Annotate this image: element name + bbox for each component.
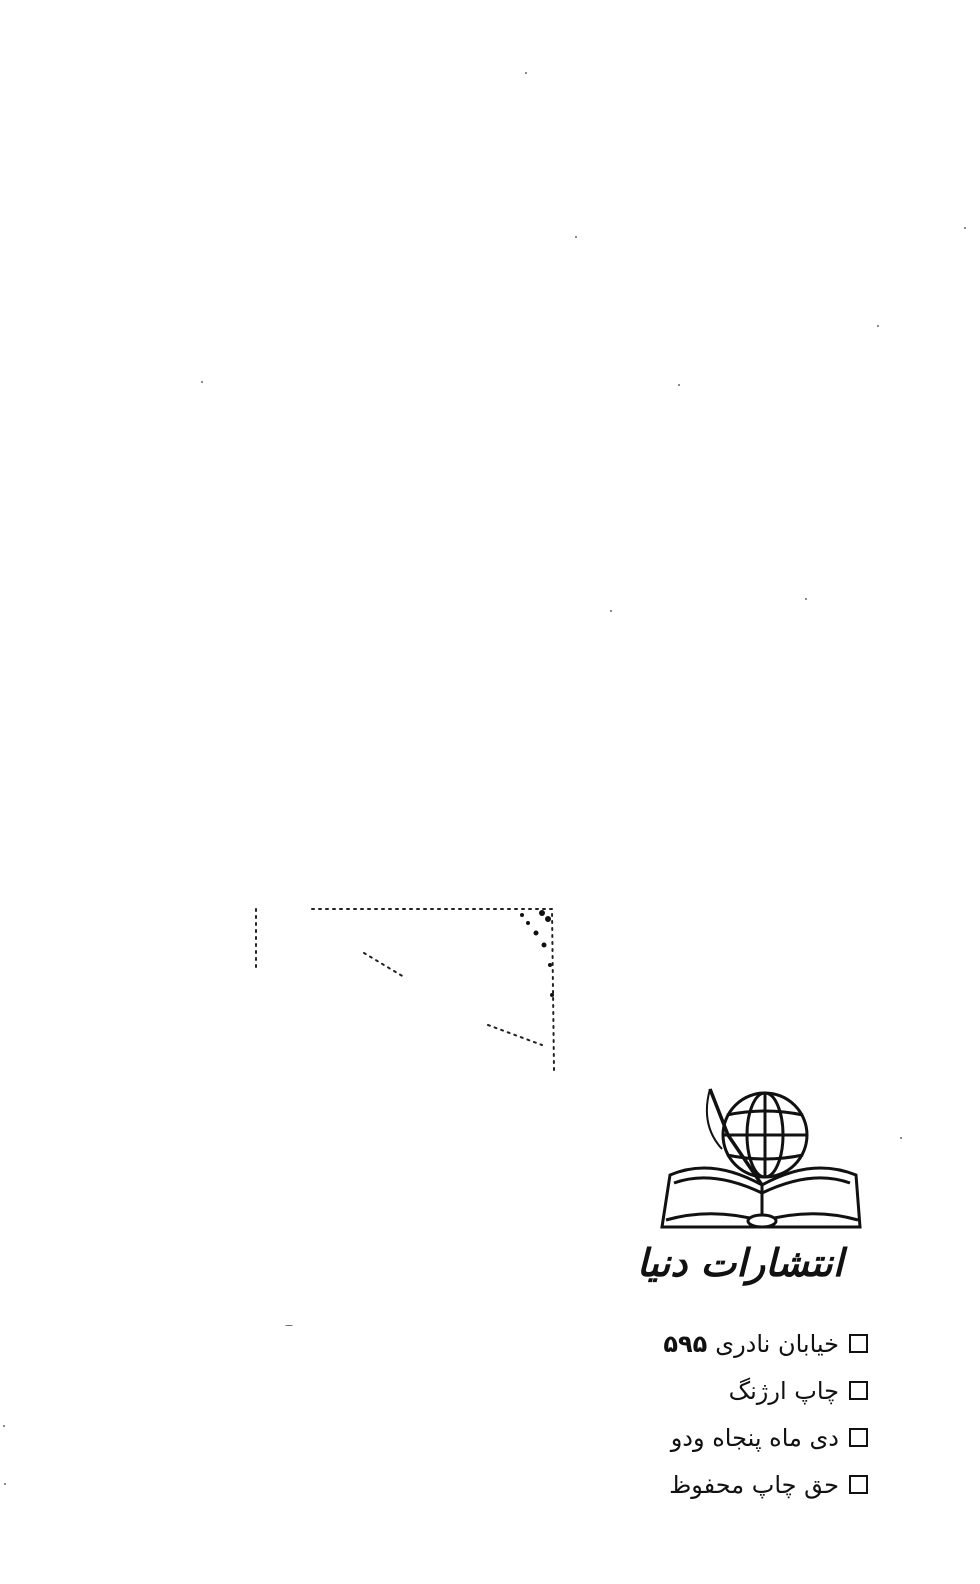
copyright-text: حق چاپ محفوظ xyxy=(669,1471,839,1499)
checkbox-square-icon xyxy=(849,1334,868,1353)
date-line: دی ماه پنجاه ودو xyxy=(663,1414,868,1461)
publication-details: خیابان نادری ۵۹۵ چاپ ارژنگ دی ماه پنجاه … xyxy=(663,1320,868,1508)
publisher-name: انتشارات دنیا xyxy=(630,1240,850,1285)
printer-line: چاپ ارژنگ xyxy=(663,1367,868,1414)
faint-stamp-mark xyxy=(252,905,562,1075)
address-line: خیابان نادری ۵۹۵ xyxy=(663,1320,868,1367)
checkbox-square-icon xyxy=(849,1475,868,1494)
address-number: ۵۹۵ xyxy=(663,1330,707,1358)
printer-text: چاپ ارژنگ xyxy=(729,1377,839,1405)
copyright-line: حق چاپ محفوظ xyxy=(663,1461,868,1508)
checkbox-square-icon xyxy=(849,1428,868,1447)
publisher-logo-icon xyxy=(652,1075,872,1235)
address-text: خیابان نادری xyxy=(715,1330,839,1358)
checkbox-square-icon xyxy=(849,1381,868,1400)
date-text: دی ماه پنجاه ودو xyxy=(671,1424,839,1452)
